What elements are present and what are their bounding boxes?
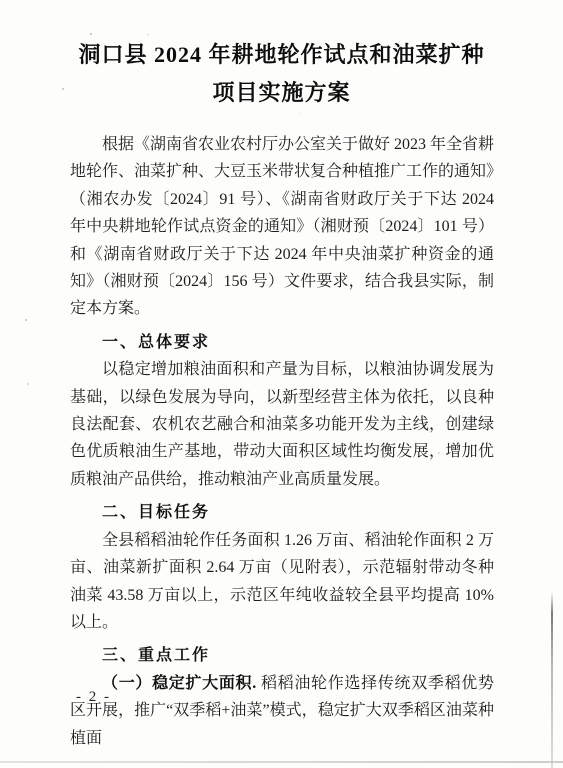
scan-speck [300, 113, 301, 114]
section-heading-1: 一、总体要求 [70, 329, 494, 356]
document-body: 根据《湖南省农业农村厅办公室关于做好 2023 年全省耕地轮作、油菜扩种、大豆玉… [70, 131, 494, 752]
paragraph-intro: 根据《湖南省农业农村厅办公室关于做好 2023 年全省耕地轮作、油菜扩种、大豆玉… [70, 131, 494, 323]
document-page: 洞口县 2024 年耕地轮作试点和油菜扩种 项目实施方案 根据《湖南省农业农村厅… [0, 0, 563, 768]
scan-edge-right [551, 592, 553, 768]
scan-speck [90, 33, 92, 35]
document-title-line-2: 项目实施方案 [0, 74, 563, 112]
document-title-line-1: 洞口县 2024 年耕地轮作试点和油菜扩种 [0, 36, 563, 74]
scan-edge-bottom [0, 761, 563, 763]
document-title: 洞口县 2024 年耕地轮作试点和油菜扩种 项目实施方案 [0, 36, 563, 112]
scan-speck [27, 383, 29, 385]
paragraph-item-1: （一）稳定扩大面积. 稻稻油轮作选择传统双季稻优势区开展，推广“双季稻+油菜”模… [70, 670, 494, 752]
page-number: - 2 - [76, 689, 111, 706]
scan-speck [25, 319, 27, 321]
scan-speck [147, 34, 149, 35]
paragraph-section-2: 全县稻稻油轮作任务面积 1.26 万亩、稻油轮作面积 2 万亩、油菜新扩面积 2… [70, 527, 494, 637]
section-heading-2: 二、目标任务 [70, 499, 494, 526]
paragraph-section-1: 以稳定增加粮油面积和产量为目标，以粮油协调发展为基础，以绿色发展为导向，以新型经… [70, 356, 494, 493]
scan-speck [438, 452, 440, 454]
item-1-lead: （一）稳定扩大面积. [102, 675, 256, 692]
scan-speck [62, 88, 64, 90]
section-heading-3: 三、重点工作 [70, 642, 494, 669]
scan-speck [87, 482, 88, 484]
